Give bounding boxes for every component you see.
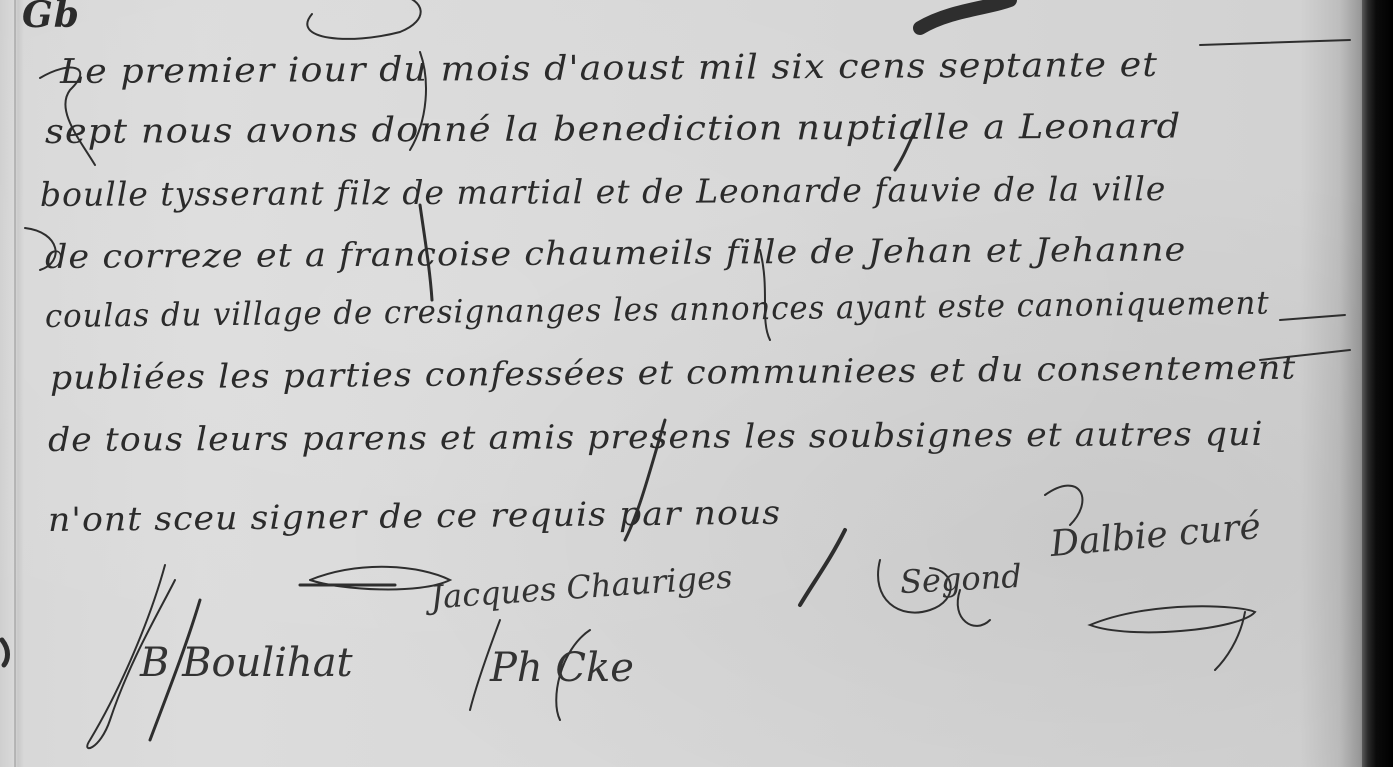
text-line-6: publiées les parties confessées et commu… bbox=[50, 348, 1297, 397]
text-line-8: n'ont sceu signer de ce requis par nous bbox=[48, 493, 782, 539]
page-margin-rule bbox=[14, 0, 16, 767]
register-page: Gb Le premier iour du mois d'aoust mil s… bbox=[0, 0, 1368, 767]
text-line-5: coulas du village de cresignanges les an… bbox=[45, 284, 1270, 335]
signature-witness-segond: Segond bbox=[899, 557, 1023, 601]
signature-witness-cke: Ph Cke bbox=[490, 645, 634, 691]
signature-witness-chauriges: Jacques Chauriges bbox=[429, 557, 734, 616]
signature-officiant: Dalbie curé bbox=[1049, 506, 1263, 565]
text-line-2: sept nous avons donné la benediction nup… bbox=[45, 106, 1182, 152]
signature-witness-boulihat: B Boulihat bbox=[140, 640, 353, 686]
text-line-3: boulle tysserant filz de martial et de L… bbox=[40, 169, 1167, 214]
text-line-7: de tous leurs parens et amis presens les… bbox=[48, 414, 1264, 459]
margin-note: Gb bbox=[22, 0, 80, 36]
book-binding-gutter bbox=[1362, 0, 1393, 767]
text-line-1: Le premier iour du mois d'aoust mil six … bbox=[60, 45, 1158, 92]
text-line-4: de correze et a francoise chaumeils fill… bbox=[45, 229, 1187, 276]
